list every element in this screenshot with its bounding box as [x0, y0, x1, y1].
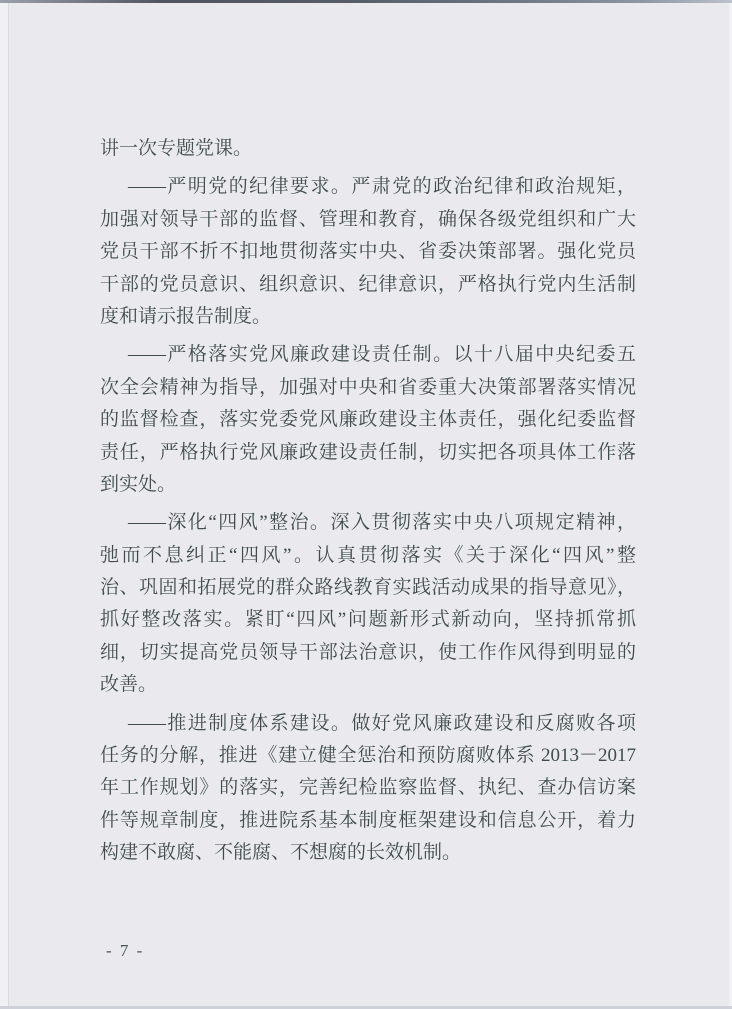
- paragraph: ——深化“四风”整治。深入贯彻落实中央八项规定精神，弛而不息纠正“四风”。认真贯…: [100, 507, 636, 701]
- text-line: 责任，严格执行党风廉政建设责任制，切实把各项具体工作落: [100, 437, 636, 469]
- page-number: - 7 -: [106, 941, 144, 961]
- paragraph: ——推进制度体系建设。做好党风廉政建设和反腐败各项任务的分解，推进《建立健全惩治…: [100, 708, 636, 870]
- text-line: 弛而不息纠正“四风”。认真贯彻落实《关于深化“四风”整: [100, 540, 636, 572]
- text-line: ——推进制度体系建设。做好党风廉政建设和反腐败各项: [100, 708, 636, 740]
- text-line: 讲一次专题党课。: [100, 133, 636, 165]
- paragraph: ——严明党的纪律要求。严肃党的政治纪律和政治规矩，加强对领导干部的监督、管理和教…: [100, 171, 636, 333]
- text-line: ——严格落实党风廉政建设责任制。以十八届中央纪委五: [100, 339, 636, 371]
- scan-edge-top: [0, 0, 732, 3]
- text-line: ——深化“四风”整治。深入贯彻落实中央八项规定精神，: [100, 507, 636, 539]
- text-line: 细，切实提高党员领导干部法治意识，使工作作风得到明显的: [100, 637, 636, 669]
- text-line: 年工作规划》的落实，完善纪检监察监督、执纪、查办信访案: [100, 772, 636, 804]
- text-line: 构建不敢腐、不能腐、不想腐的长效机制。: [100, 837, 636, 869]
- paragraph: 讲一次专题党课。: [100, 133, 636, 165]
- text-line: ——严明党的纪律要求。严肃党的政治纪律和政治规矩，: [100, 171, 636, 203]
- document-body: 讲一次专题党课。——严明党的纪律要求。严肃党的政治纪律和政治规矩，加强对领导干部…: [100, 133, 636, 876]
- text-line: 党员干部不折不扣地贯彻落实中央、省委决策部署。强化党员: [100, 236, 636, 268]
- text-line: 到实处。: [100, 469, 636, 501]
- text-line: 件等规章制度，推进院系基本制度框架建设和信息公开，着力: [100, 805, 636, 837]
- text-line: 任务的分解，推进《建立健全惩治和预防腐败体系 2013－2017: [100, 740, 636, 772]
- paragraph: ——严格落实党风廉政建设责任制。以十八届中央纪委五次全会精神为指导，加强对中央和…: [100, 339, 636, 501]
- text-line: 改善。: [100, 669, 636, 701]
- text-line: 治、巩固和拓展党的群众路线教育实践活动成果的指导意见》，: [100, 572, 636, 604]
- scan-edge-left: [0, 3, 9, 1006]
- text-line: 加强对领导干部的监督、管理和教育，确保各级党组织和广大: [100, 204, 636, 236]
- text-line: 次全会精神为指导，加强对中央和省委重大决策部署落实情况: [100, 372, 636, 404]
- text-line: 干部的党员意识、组织意识、纪律意识，严格执行党内生活制: [100, 269, 636, 301]
- text-line: 度和请示报告制度。: [100, 301, 636, 333]
- text-line: 的监督检查，落实党委党风廉政建设主体责任，强化纪委监督: [100, 404, 636, 436]
- text-line: 抓好整改落实。紧盯“四风”问题新形式新动向，坚持抓常抓: [100, 604, 636, 636]
